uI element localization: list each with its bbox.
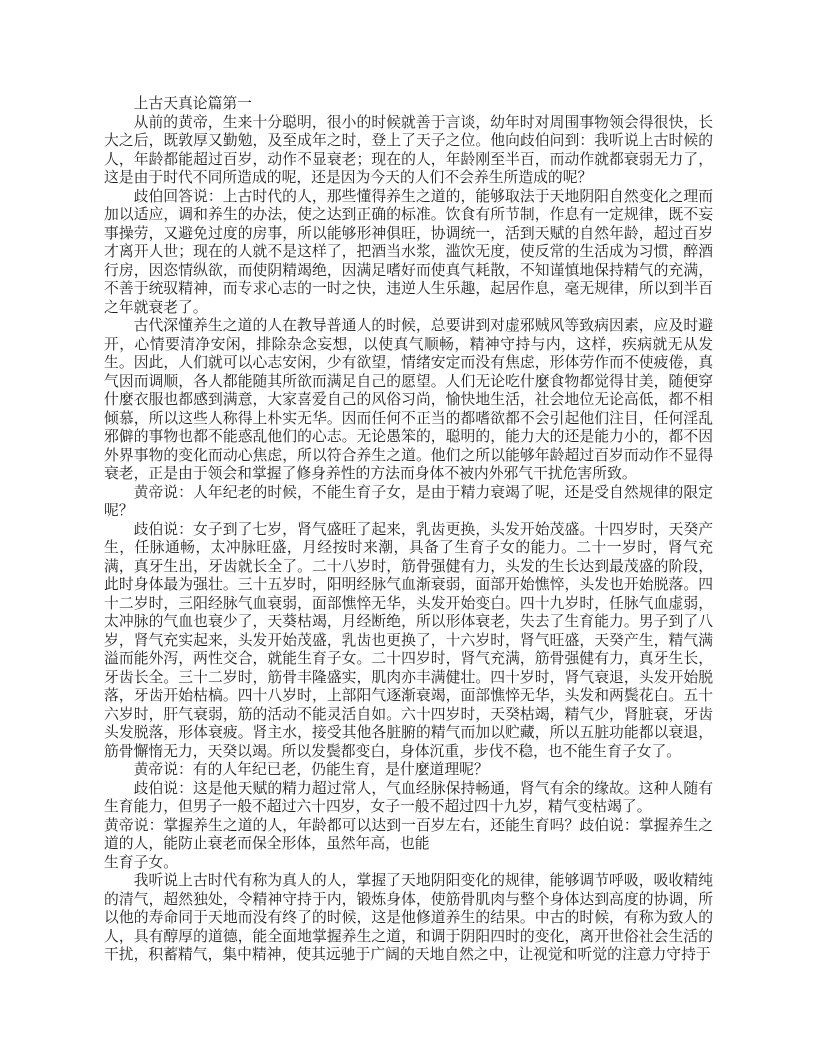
paragraph: 生育子女。: [104, 854, 713, 873]
paragraph: 黄帝说：人年纪老的时候，不能生育子女，是由于精力衰竭了呢，还是受自然规律的限定呢…: [104, 484, 713, 521]
page-title: 上古天真论篇第一: [104, 95, 713, 114]
paragraph: 黄帝说：有的人年纪已老，仍能生育，是什麼道理呢？: [104, 761, 713, 780]
paragraph: 古代深懂养生之道的人在教导普通人的时候，总要讲到对虚邪贼风等致病因素，应及时避开…: [104, 317, 713, 484]
paragraph: 从前的黄帝，生来十分聪明，很小的时候就善于言谈，幼年时对周围事物领会得很快，长大…: [104, 114, 713, 188]
document-page: 上古天真论篇第一 从前的黄帝，生来十分聪明，很小的时候就善于言谈，幼年时对周围事…: [0, 0, 816, 1056]
text-block: 上古天真论篇第一 从前的黄帝，生来十分聪明，很小的时候就善于言谈，幼年时对周围事…: [104, 95, 713, 965]
paragraph: 我听说上古时代有称为真人的人，掌握了天地阴阳变化的规律，能够调节呼吸，吸收精纯的…: [104, 872, 713, 965]
paragraph: 黄帝说：掌握养生之道的人，年龄都可以达到一百岁左右，还能生育吗？歧伯说：掌握养生…: [104, 817, 713, 854]
paragraph: 歧伯回答说：上古时代的人，那些懂得养生之道的，能够取法于天地阴阳自然变化之理而加…: [104, 188, 713, 318]
paragraph: 歧伯说：这是他天赋的精力超过常人，气血经脉保持畅通，肾气有余的缘故。这种人随有生…: [104, 780, 713, 817]
paragraph: 歧伯说：女子到了七岁，肾气盛旺了起来，乳齿更换，头发开始茂盛。十四岁时，天癸产生…: [104, 521, 713, 762]
